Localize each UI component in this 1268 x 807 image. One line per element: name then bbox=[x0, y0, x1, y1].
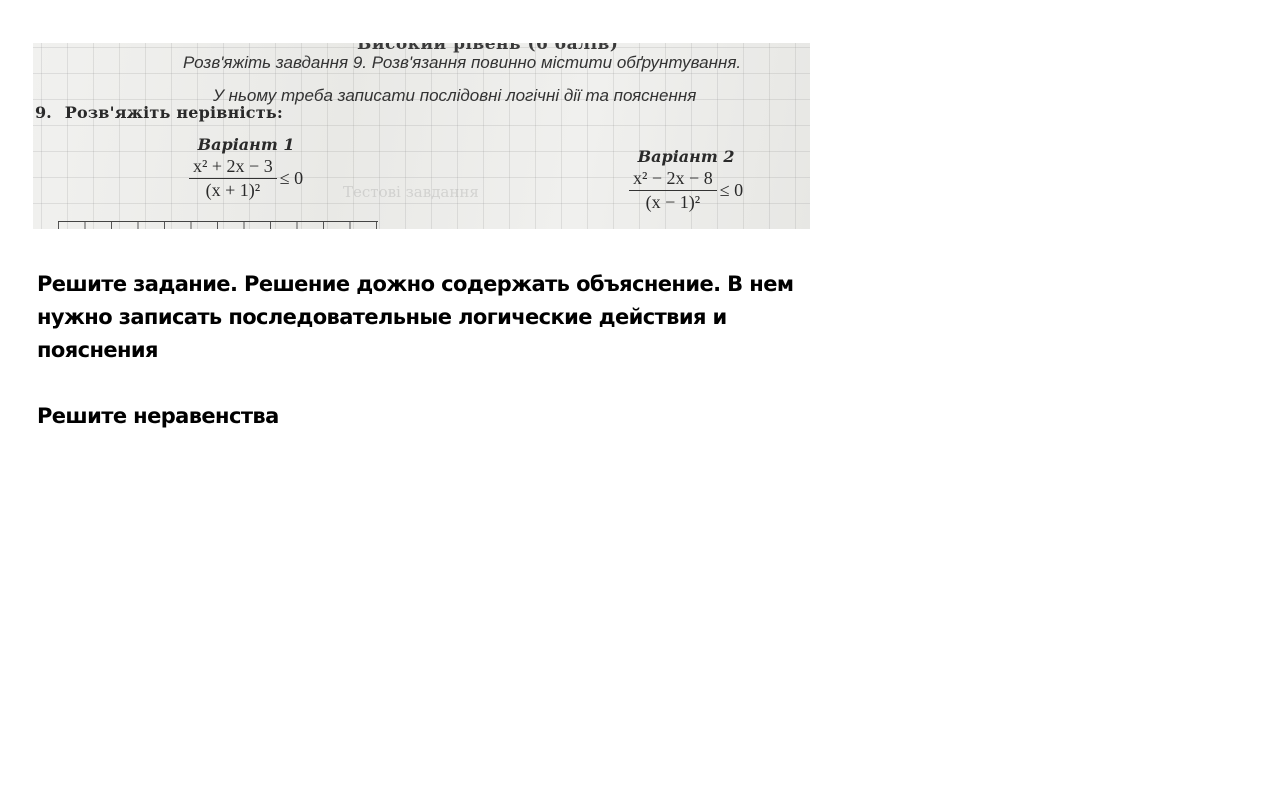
variant-1-fraction: x² + 2x − 3 (x + 1)² bbox=[189, 156, 277, 201]
scan-instruction-line-1: Розв'яжіть завдання 9. Розв'язання повин… bbox=[183, 53, 741, 73]
variant-1-relation: ≤ 0 bbox=[280, 168, 303, 189]
task-text: Розв'яжіть нерівність: bbox=[65, 103, 283, 122]
task-number: 9. bbox=[35, 103, 52, 122]
variant-1-denominator: (x + 1)² bbox=[202, 179, 265, 201]
paragraph-spacer bbox=[37, 367, 827, 400]
scanned-worksheet-image: Високий рівень (6 балів) Розв'яжіть завд… bbox=[33, 43, 810, 229]
variant-2-inequality: x² − 2x − 8 (x − 1)² ≤ 0 bbox=[629, 168, 743, 213]
variant-2-title: Варіант 2 bbox=[629, 147, 743, 166]
variant-2-relation: ≤ 0 bbox=[720, 180, 743, 201]
variant-2-numerator: x² − 2x − 8 bbox=[629, 168, 717, 191]
answer-grid-lines bbox=[58, 221, 378, 229]
variant-1: Варіант 1 x² + 2x − 3 (x + 1)² ≤ 0 bbox=[189, 135, 303, 201]
variant-1-numerator: x² + 2x − 3 bbox=[189, 156, 277, 179]
task-statement: 9. Розв'яжіть нерівність: bbox=[35, 103, 283, 122]
translation-text-block: Решите задание. Решение дожно содержать … bbox=[37, 268, 827, 433]
translation-instructions: Решите задание. Решение дожно содержать … bbox=[37, 268, 827, 367]
translation-task: Решите неравенства bbox=[37, 400, 827, 433]
variant-2-fraction: x² − 2x − 8 (x − 1)² bbox=[629, 168, 717, 213]
variant-2: Варіант 2 x² − 2x − 8 (x − 1)² ≤ 0 bbox=[629, 147, 743, 213]
scan-instruction-line-2: У ньому треба записати послідовні логічн… bbox=[213, 86, 696, 106]
variant-1-title: Варіант 1 bbox=[189, 135, 303, 154]
variant-1-inequality: x² + 2x − 3 (x + 1)² ≤ 0 bbox=[189, 156, 303, 201]
faint-bleedthrough-text: Тестові завдання bbox=[343, 183, 479, 201]
variant-2-denominator: (x − 1)² bbox=[642, 191, 705, 213]
